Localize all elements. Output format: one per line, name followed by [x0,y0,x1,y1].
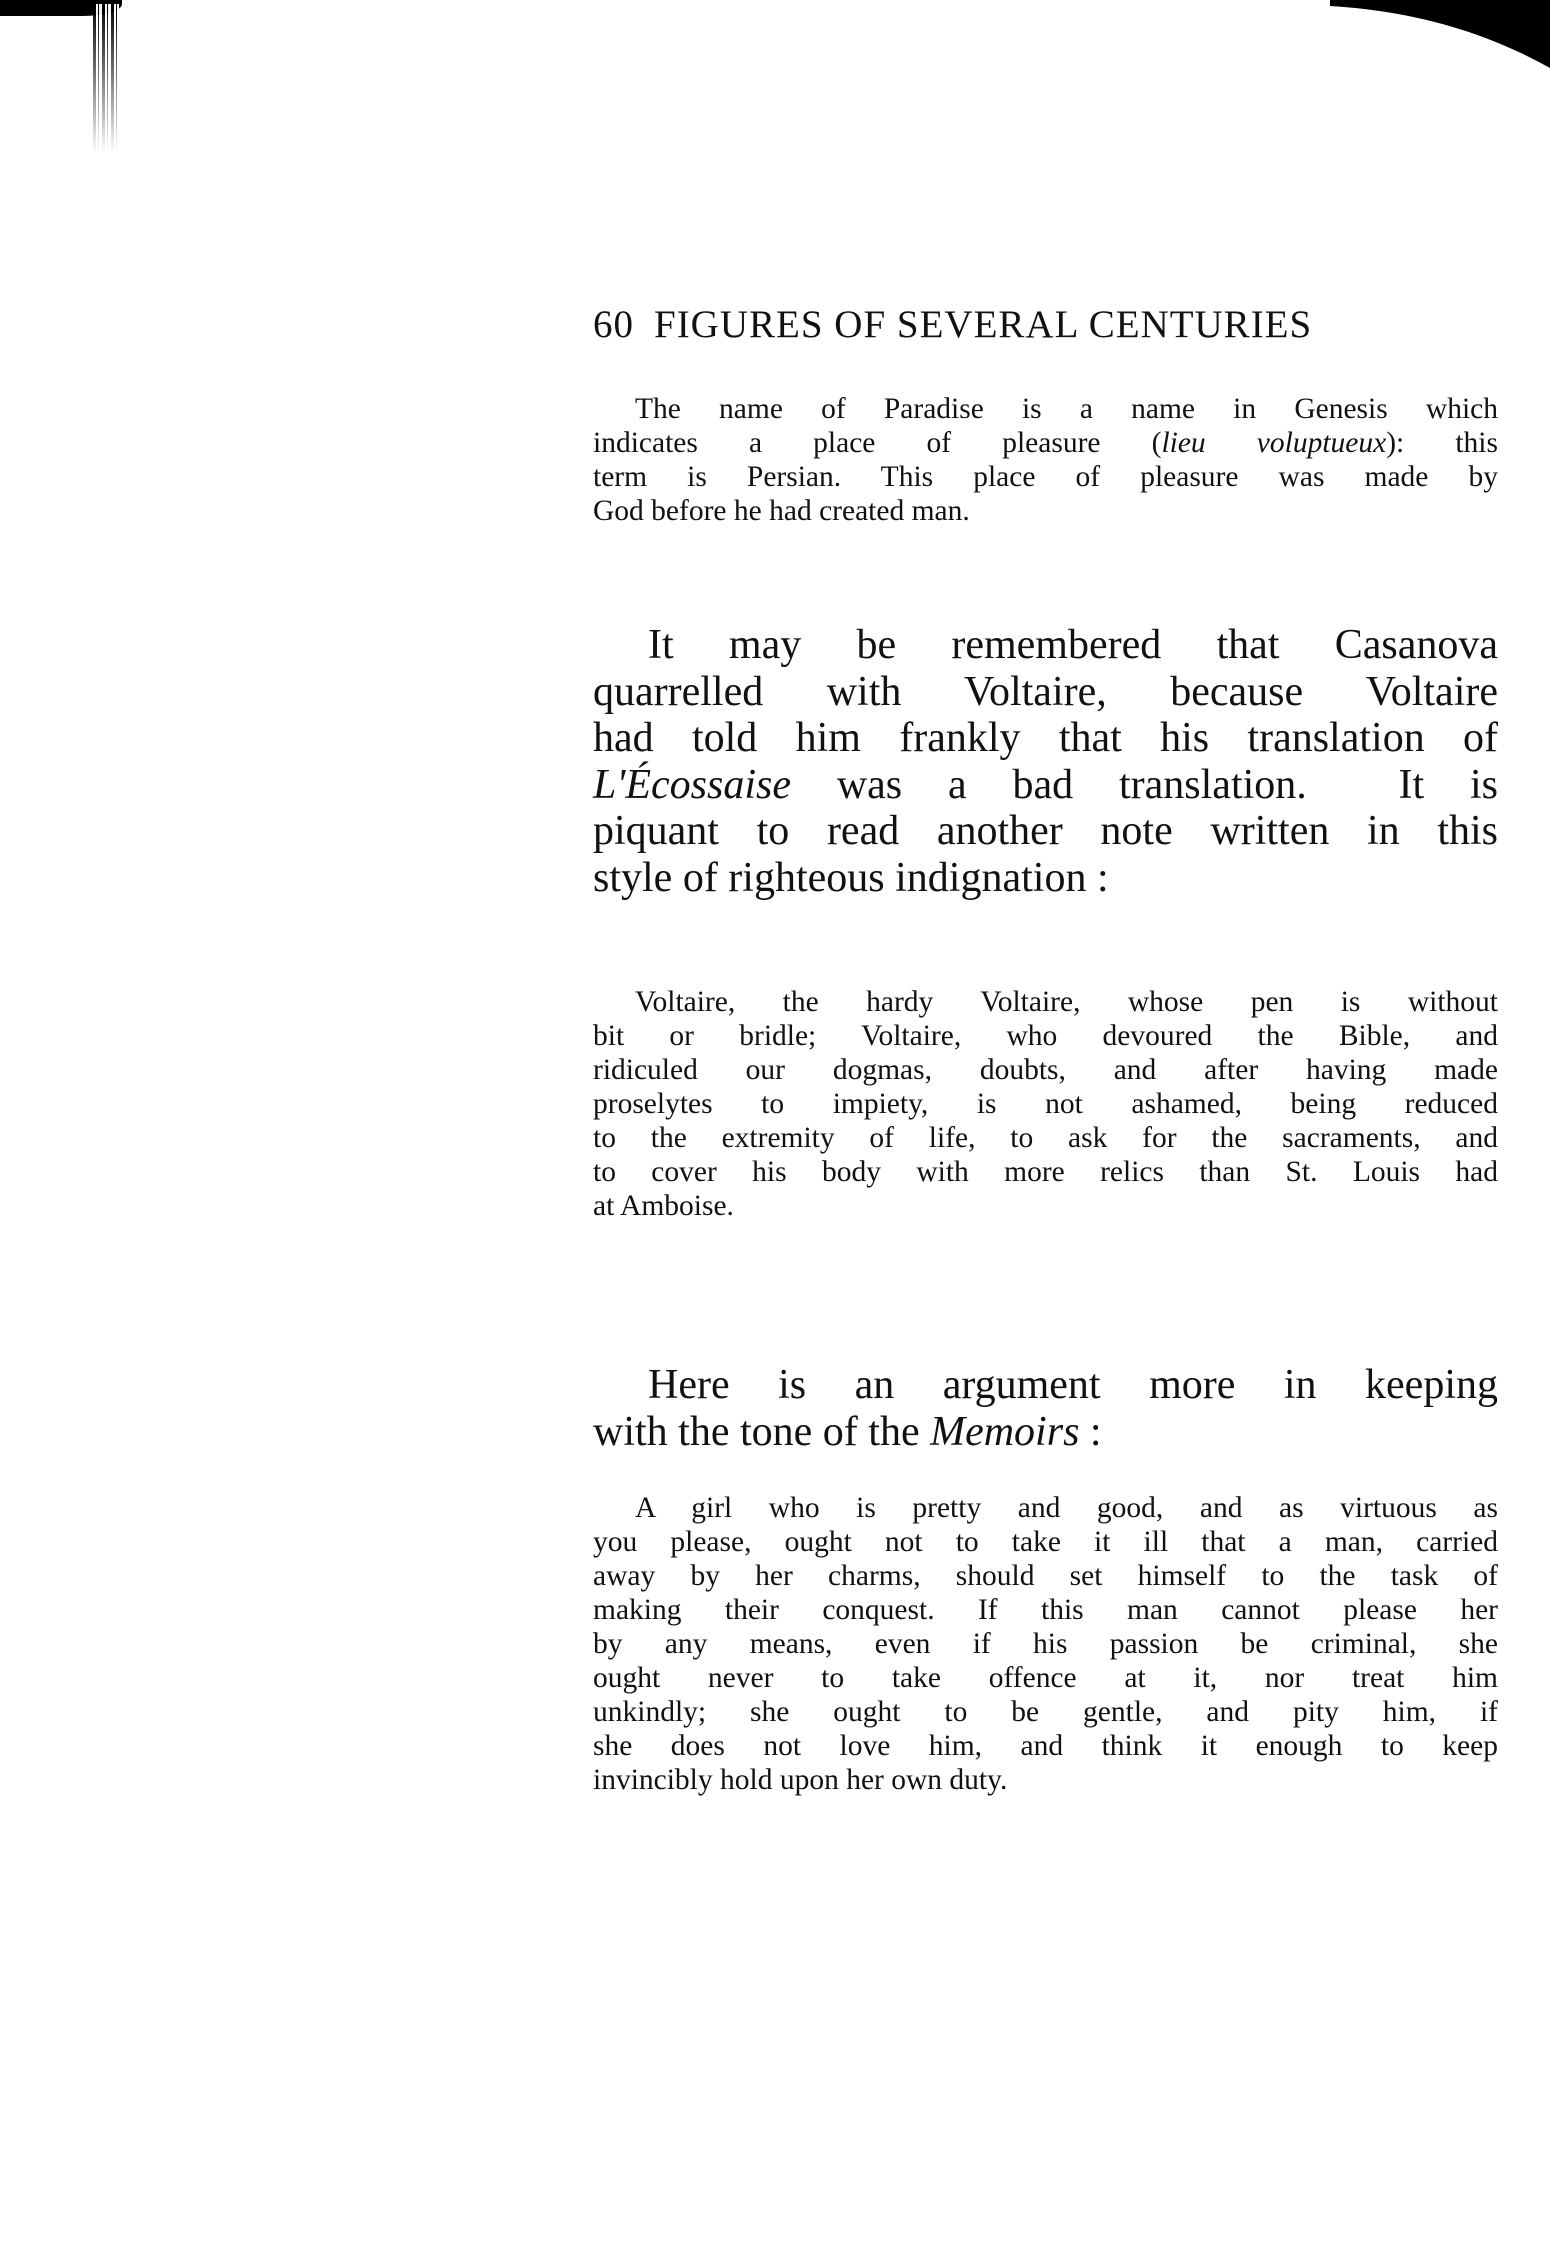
text-line: by any means, even if his passion be cri… [593,1627,1498,1661]
text-line: A girl who is pretty and good, and as vi… [593,1491,1498,1525]
running-head: 60FIGURES OF SEVERAL CENTURIES [593,302,1312,347]
text-line: to the extremity of life, to ask for the… [593,1121,1498,1155]
text-line: God before he had created man. [593,494,1498,528]
quotation-memoirs: A girl who is pretty and good, and as vi… [593,1491,1498,1797]
text-line: she does not love him, and think it enou… [593,1729,1498,1763]
text-line: invincibly hold upon her own duty. [593,1763,1498,1797]
text-line: quarrelled with Voltaire, because Voltai… [593,669,1498,716]
paragraph-casanova-voltaire: It may be remembered that Casanova quarr… [593,622,1498,901]
book-title: FIGURES OF SEVERAL CENTURIES [654,303,1312,346]
paragraph-memoirs-intro: Here is an argument more in keeping with… [593,1362,1498,1455]
text-line: style of righteous indignation : [593,855,1498,902]
text-line: It may be remembered that Casanova [593,622,1498,669]
text-line: at Amboise. [593,1189,1498,1223]
text-line: Here is an argument more in keeping [593,1362,1498,1409]
scan-spine-artifact [93,4,119,154]
italic-phrase: lieu voluptueux [1161,427,1386,459]
text-line: piquant to read another note written in … [593,808,1498,855]
text-line: proselytes to impiety, is not ashamed, b… [593,1087,1498,1121]
scanned-book-page: 60FIGURES OF SEVERAL CENTURIES The name … [0,0,1550,2255]
text-line: to cover his body with more relics than … [593,1155,1498,1189]
quotation-voltaire: Voltaire, the hardy Voltaire, whose pen … [593,985,1498,1223]
text-line: unkindly; she ought to be gentle, and pi… [593,1695,1498,1729]
italic-title: Memoirs [930,1409,1079,1455]
text-line: bit or bridle; Voltaire, who devoured th… [593,1019,1498,1053]
text-line: ought never to take offence at it, nor t… [593,1661,1498,1695]
page-number: 60 [593,303,634,346]
text-line: you please, ought not to take it ill tha… [593,1525,1498,1559]
text-line: ridiculed our dogmas, doubts, and after … [593,1053,1498,1087]
text-line: with the tone of the Memoirs : [593,1409,1498,1456]
scan-edge-shadow-top-right [1330,0,1550,68]
text-line: L'Écossaise was a bad translation. It is [593,762,1498,809]
text-line: indicates a place of pleasure (lieu volu… [593,426,1498,460]
text-line: Voltaire, the hardy Voltaire, whose pen … [593,985,1498,1019]
text-line: away by her charms, should set himself t… [593,1559,1498,1593]
text-line: making their conquest. If this man canno… [593,1593,1498,1627]
text-line: term is Persian. This place of pleasure … [593,460,1498,494]
paragraph-paradise-note: The name of Paradise is a name in Genesi… [593,392,1498,528]
italic-title: L'Écossaise [593,762,791,808]
text-line: The name of Paradise is a name in Genesi… [593,392,1498,426]
text-line: had told him frankly that his translatio… [593,715,1498,762]
